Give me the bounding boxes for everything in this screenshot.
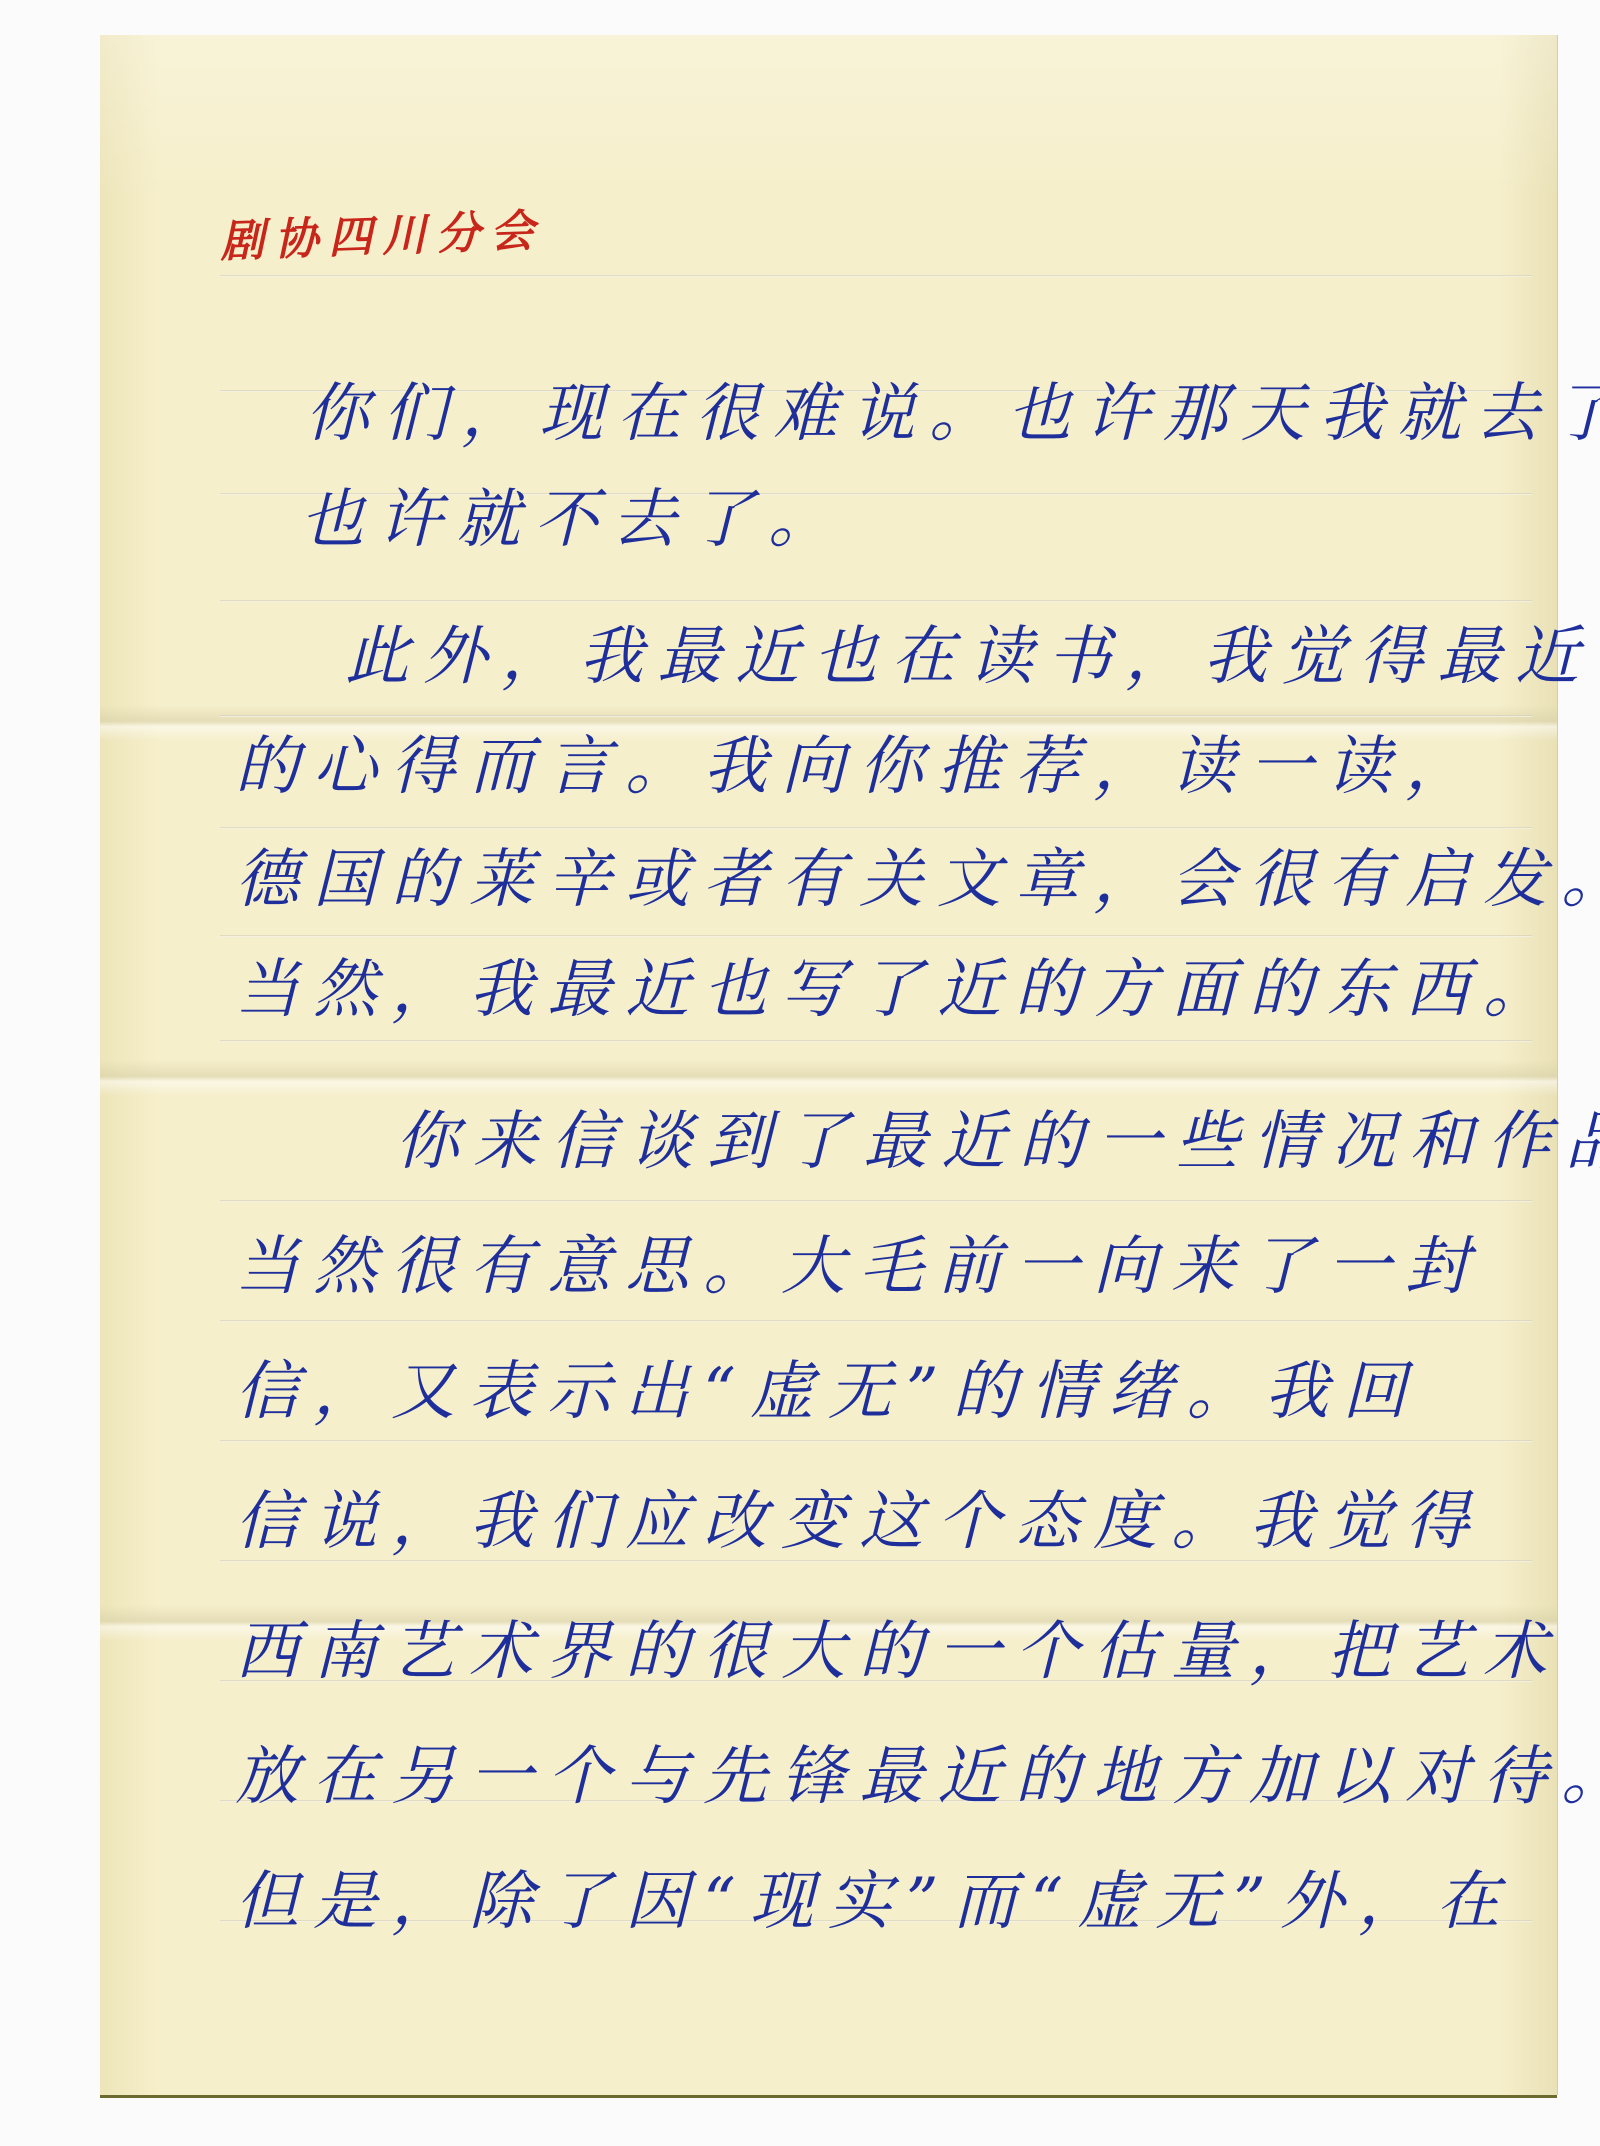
letter-line: 也许就不去了。 [300,488,846,552]
letter-line: 当然，我最近也写了近的方面的东西。 [235,958,1561,1022]
letter-line: 信说，我们应改变这个态度。我觉得 [235,1490,1483,1554]
letter-line: 此外，我最近也在读书，我觉得最近 [345,625,1593,689]
ruled-line [220,275,1532,277]
letter-line: 你们，现在很难说。也许那天我就去了， [305,382,1600,446]
letter-line: 西南艺术界的很大的一个估量，把艺术 [235,1620,1561,1684]
fold-crease [100,1060,1557,1096]
letter-line: 德国的莱辛或者有关文章，会很有启发。 [235,848,1600,912]
ruled-line [220,1560,1532,1562]
ruled-line [220,600,1532,602]
letterhead: 剧协四川分会 [219,194,545,269]
letter-line: 信，又表示出“虚无”的情绪。我回 [235,1360,1420,1424]
ruled-line [220,1040,1532,1042]
letter-line: 当然很有意思。大毛前一向来了一封 [235,1235,1483,1299]
ruled-line [220,1440,1532,1442]
letter-line: 你来信谈到了最近的一些情况和作品， [395,1110,1600,1174]
ruled-line [220,935,1532,937]
ruled-line [220,1320,1532,1322]
ruled-line [220,827,1532,829]
letter-line: 放在另一个与先锋最近的地方加以对待。 [235,1745,1600,1809]
ruled-line [220,1200,1532,1202]
ruled-line [220,715,1532,717]
letter-line: 的心得而言。我向你推荐，读一读， [235,735,1483,799]
letter-line: 但是，除了因“现实”而“虚无”外，在 [235,1870,1514,1934]
